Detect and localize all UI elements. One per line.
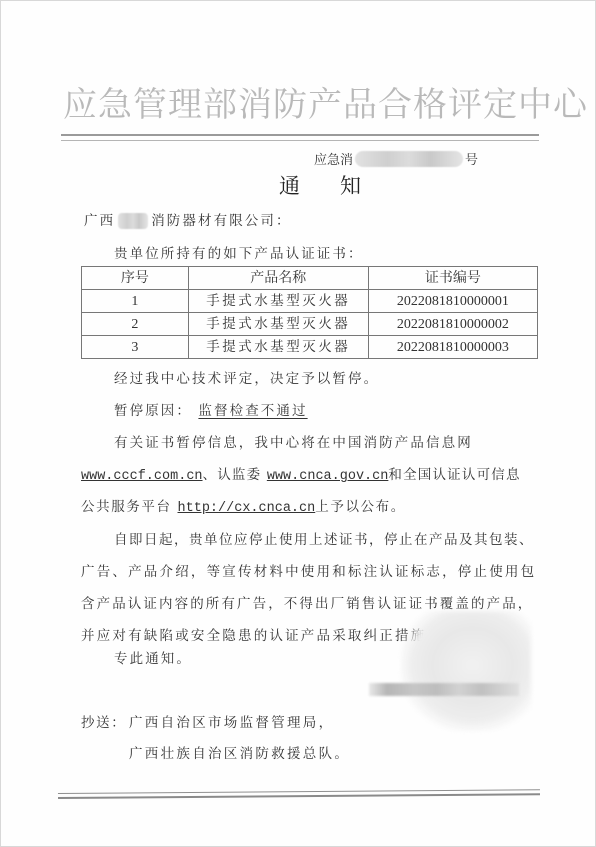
document-number-suffix: 号 bbox=[465, 149, 478, 168]
addressee-prefix: 广西 bbox=[84, 212, 115, 230]
letterhead-divider bbox=[61, 134, 539, 141]
header-cert-no: 证书编号 bbox=[368, 267, 537, 290]
link-cccf[interactable]: www.cccf.com.cn bbox=[81, 469, 203, 484]
redacted-company-name bbox=[118, 213, 148, 229]
footer-divider bbox=[58, 789, 540, 799]
cell-cert-no: 2022081810000001 bbox=[368, 290, 537, 313]
header-product: 产品名称 bbox=[188, 267, 368, 290]
cell-seq: 1 bbox=[82, 290, 189, 313]
cell-cert-no: 2022081810000002 bbox=[368, 313, 537, 336]
cell-product: 手提式水基型灭火器 bbox=[188, 313, 368, 336]
intro-text: 贵单位所持有的如下产品认证证书： bbox=[114, 245, 364, 263]
redacted-signature-date bbox=[369, 683, 519, 696]
cell-product: 手提式水基型灭火器 bbox=[188, 290, 368, 313]
certificate-table: 序号 产品名称 证书编号 1 手提式水基型灭火器 202208181000000… bbox=[81, 266, 538, 359]
table-row: 3 手提式水基型灭火器 2022081810000003 bbox=[82, 336, 538, 359]
publication-text-1: 、认监委 bbox=[203, 467, 262, 483]
cc-recipient: 广西自治区市场监督管理局， bbox=[129, 714, 334, 732]
document-number-prefix: 应急消 bbox=[314, 149, 353, 168]
document-page: 应急管理部消防产品合格评定中心 应急消 号 通知 广西 消防器材有限公司： 贵单… bbox=[0, 0, 596, 847]
reason-value: 监督检查不通过 bbox=[198, 403, 331, 419]
publication-text-2: 和全国认证认可信息 bbox=[388, 467, 520, 483]
addressee-suffix: 消防器材有限公司： bbox=[151, 212, 291, 230]
publication-line-3: 公共服务平台 http://cx.cnca.cn上予以公布。 bbox=[81, 498, 406, 518]
closing-text: 专此通知。 bbox=[114, 650, 192, 668]
decision-text: 经过我中心技术评定，决定予以暂停。 bbox=[114, 370, 379, 388]
cell-cert-no: 2022081810000003 bbox=[368, 336, 537, 359]
publication-text-4: 上予以公布。 bbox=[315, 499, 406, 515]
publication-line-1: 有关证书暂停信息，我中心将在中国消防产品信息网 bbox=[114, 434, 473, 452]
document-number: 应急消 号 bbox=[314, 149, 478, 168]
requirements-line-1: 自即日起，贵单位应停止使用上述证书，停止在产品及其包装、 bbox=[114, 531, 534, 549]
suspension-reason: 暂停原因： 监督检查不通过 bbox=[114, 402, 332, 420]
cell-seq: 2 bbox=[82, 313, 189, 336]
reason-label: 暂停原因： bbox=[114, 403, 192, 419]
publication-text-3: 公共服务平台 bbox=[81, 499, 172, 515]
requirements-line-4: 并应对有缺陷或安全隐患的认证产品采取纠正措施。 bbox=[81, 627, 442, 645]
requirements-line-2: 广告、产品介绍，等宣传材料中使用和标注认证标志，停止使用包 bbox=[81, 563, 536, 581]
table-row: 2 手提式水基型灭火器 2022081810000002 bbox=[82, 313, 538, 336]
table-row: 1 手提式水基型灭火器 2022081810000001 bbox=[82, 290, 538, 313]
table-header-row: 序号 产品名称 证书编号 bbox=[82, 267, 538, 290]
cc-label: 抄送： bbox=[81, 714, 126, 732]
header-seq: 序号 bbox=[82, 267, 189, 290]
cell-seq: 3 bbox=[82, 336, 189, 359]
link-cx-cnca[interactable]: http://cx.cnca.cn bbox=[178, 501, 316, 516]
redacted-official-seal bbox=[401, 611, 531, 731]
cc-recipient: 广西壮族自治区消防救援总队。 bbox=[129, 745, 350, 763]
cell-product: 手提式水基型灭火器 bbox=[188, 336, 368, 359]
publication-line-2: www.cccf.com.cn、认监委 www.cnca.gov.cn和全国认证… bbox=[81, 466, 521, 486]
redacted-document-number bbox=[355, 151, 463, 167]
addressee: 广西 消防器材有限公司： bbox=[84, 212, 292, 230]
letterhead-title: 应急管理部消防产品合格评定中心 bbox=[63, 83, 543, 127]
link-cnca[interactable]: www.cnca.gov.cn bbox=[267, 469, 389, 484]
notice-title: 通知 bbox=[279, 170, 401, 200]
